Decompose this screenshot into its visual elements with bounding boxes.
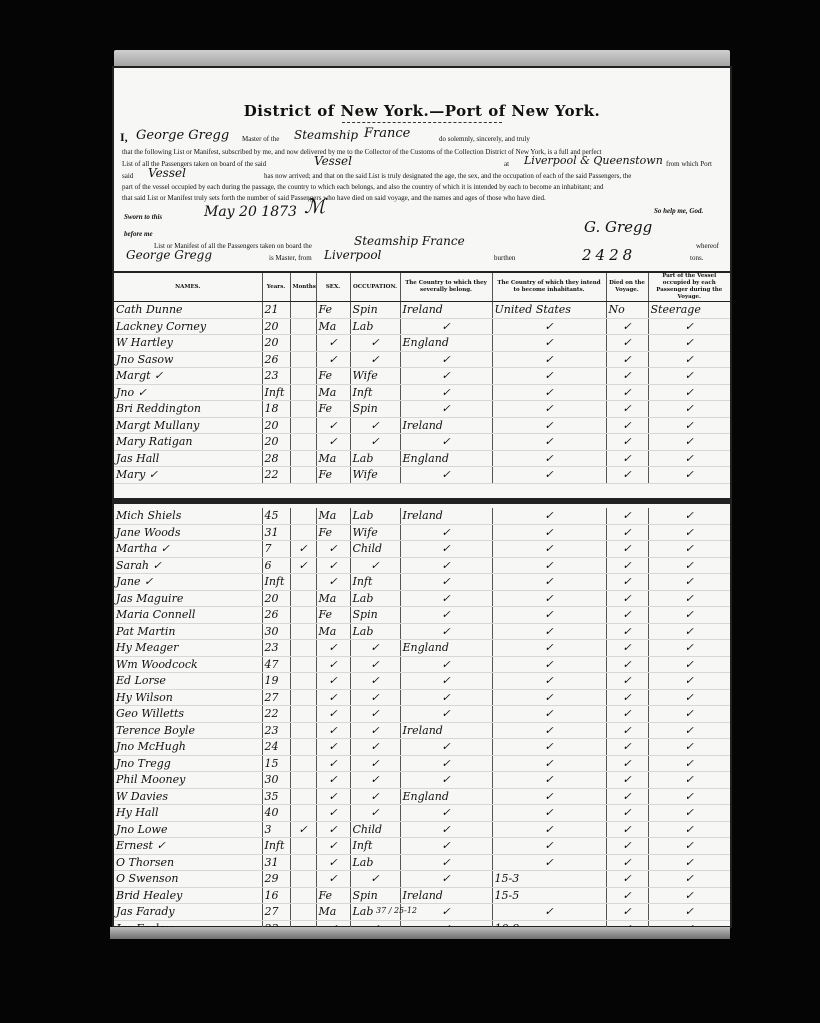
cell-occ: ✓ [350,805,400,822]
cell-belong: ✓ [400,318,492,335]
cell-part: ✓ [648,722,730,739]
cell-sex: ✓ [316,838,350,855]
cell-inhabit: ✓ [492,467,606,484]
cell-died: ✓ [606,755,648,772]
cell-died: ✓ [606,722,648,739]
cell-occ: Lab [350,450,400,467]
cell-occ: Wife [350,467,400,484]
cell-inhabit: ✓ [492,623,606,640]
cell-months [290,854,316,871]
cell-years: 31 [262,854,290,871]
cell-inhabit: ✓ [492,368,606,385]
cell-belong: ✓ [400,434,492,451]
cell-inhabit: ✓ [492,318,606,335]
cell-died: ✓ [606,417,648,434]
cell-name: W Davies [114,788,262,805]
cell-part: ✓ [648,640,730,657]
cell-part: ✓ [648,805,730,822]
cell-belong: England [400,450,492,467]
cell-inhabit: ✓ [492,541,606,558]
cell-name: Geo Willetts [114,706,262,723]
cell-died: ✓ [606,467,648,484]
cell-name: Lackney Corney [114,318,262,335]
cell-months [290,417,316,434]
col-country-inhabit: The Country of which they intend to beco… [492,272,606,302]
cell-belong: ✓ [400,871,492,888]
table-row: Mary Ratigan20✓✓✓✓✓✓ [114,434,730,451]
cell-name: Jno ✓ [114,384,262,401]
cell-died: ✓ [606,401,648,418]
table-row: O Swenson29✓✓✓15-3✓✓ [114,871,730,888]
cell-sex: Fe [316,467,350,484]
cell-part: ✓ [648,417,730,434]
cell-inhabit: ✓ [492,838,606,855]
cell-died: ✓ [606,384,648,401]
cell-years: Inft [262,838,290,855]
cell-belong: ✓ [400,467,492,484]
cell-died: ✓ [606,335,648,352]
cell-name: Jas Maguire [114,590,262,607]
tally-note: 37 / 25-12 [376,906,417,915]
cell-died: ✓ [606,871,648,888]
cell-died: ✓ [606,689,648,706]
cell-part: ✓ [648,351,730,368]
cell-part: ✓ [648,854,730,871]
cell-part: ✓ [648,838,730,855]
cell-died: ✓ [606,838,648,855]
table-row: Margt Mullany20✓✓Ireland✓✓✓ [114,417,730,434]
cell-part: ✓ [648,541,730,558]
cell-belong: Ireland [400,722,492,739]
cell-occ: Lab [350,508,400,524]
cell-years: 27 [262,904,290,921]
cell-years: 31 [262,524,290,541]
cell-part: ✓ [648,706,730,723]
cell-died: ✓ [606,788,648,805]
cell-belong: ✓ [400,854,492,871]
table-row: Sarah ✓6✓✓✓✓✓✓✓ [114,557,730,574]
cell-months [290,434,316,451]
tons-label: tons. [690,254,703,262]
cell-inhabit: 15-3 [492,871,606,888]
cell-name: Hy Meager [114,640,262,657]
cell-months: ✓ [290,541,316,558]
cell-inhabit: ✓ [492,788,606,805]
table-row: Lackney Corney20MaLab✓✓✓✓ [114,318,730,335]
cell-years: 18 [262,401,290,418]
cell-inhabit: ✓ [492,640,606,657]
cell-months [290,351,316,368]
cell-occ: ✓ [350,722,400,739]
cell-months [290,524,316,541]
cell-months [290,706,316,723]
cell-sex: Fe [316,401,350,418]
cell-name: Mary Ratigan [114,434,262,451]
table-row: Hy Wilson27✓✓✓✓✓✓ [114,689,730,706]
cell-occ: ✓ [350,656,400,673]
cell-part: ✓ [648,689,730,706]
cell-died: ✓ [606,368,648,385]
cell-months [290,384,316,401]
cell-sex: Ma [316,590,350,607]
table-row: Cath Dunne21FeSpinIrelandUnited StatesNo… [114,302,730,319]
cell-died: ✓ [606,508,648,524]
cell-died: ✓ [606,590,648,607]
table-row: Jane ✓Inft✓Inft✓✓✓✓ [114,574,730,591]
cell-belong: ✓ [400,755,492,772]
cell-occ: ✓ [350,772,400,789]
cell-name: Bri Reddington [114,401,262,418]
col-died: Died on the Voyage. [606,272,648,302]
cell-months [290,656,316,673]
cell-months [290,574,316,591]
cell-inhabit: ✓ [492,607,606,624]
cell-occ: ✓ [350,755,400,772]
cell-part: ✓ [648,384,730,401]
cell-died: ✓ [606,772,648,789]
cell-belong: England [400,640,492,657]
cell-sex: ✓ [316,788,350,805]
cell-inhabit: ✓ [492,689,606,706]
cell-sex: Fe [316,607,350,624]
cell-name: Jas Hall [114,450,262,467]
oath-text-6: has now arrived; and that on the said Li… [264,172,724,180]
cell-occ: ✓ [350,557,400,574]
cell-belong: ✓ [400,607,492,624]
table-row: Martha ✓7✓✓Child✓✓✓✓ [114,541,730,558]
table-row: Geo Willetts22✓✓✓✓✓✓ [114,706,730,723]
cell-years: 28 [262,450,290,467]
cell-sex: Ma [316,508,350,524]
cell-inhabit: ✓ [492,772,606,789]
cell-occ: ✓ [350,689,400,706]
table-row: Ernest ✓Inft✓Inft✓✓✓✓ [114,838,730,855]
cell-part: ✓ [648,434,730,451]
cell-years: 21 [262,302,290,319]
cell-belong: Ireland [400,302,492,319]
manifest-table-bottom: Mich Shiels45MaLabIreland✓✓✓Jane Woods31… [114,508,730,937]
cell-belong: England [400,788,492,805]
cell-sex: Ma [316,623,350,640]
cell-inhabit: ✓ [492,821,606,838]
table-row: Mary ✓22FeWife✓✓✓✓ [114,467,730,484]
cell-died: ✓ [606,673,648,690]
cell-sex: Ma [316,318,350,335]
cell-died: ✓ [606,351,648,368]
cell-part: ✓ [648,368,730,385]
cell-years: 7 [262,541,290,558]
table-row: Phil Mooney30✓✓✓✓✓✓ [114,772,730,789]
cell-months: ✓ [290,821,316,838]
manifest-table-top: NAMES. Years. Months. SEX. OCCUPATION. T… [114,271,730,484]
table-row: Bri Reddington18FeSpin✓✓✓✓ [114,401,730,418]
cell-name: O Swenson [114,871,262,888]
cell-belong: ✓ [400,524,492,541]
cell-name: Jane ✓ [114,574,262,591]
oath-I: I, [120,130,128,145]
cell-inhabit: ✓ [492,351,606,368]
cell-occ: Wife [350,368,400,385]
cell-inhabit: ✓ [492,673,606,690]
cell-name: Hy Wilson [114,689,262,706]
table-row: Jas Hall28MaLabEngland✓✓✓ [114,450,730,467]
cell-occ: Spin [350,302,400,319]
sworn-label: Sworn to this [124,213,162,221]
cell-belong: ✓ [400,401,492,418]
cell-belong: ✓ [400,706,492,723]
cell-years: 29 [262,871,290,888]
oath-text-1: Master of the [242,135,279,143]
table-row: W Hartley20✓✓England✓✓✓ [114,335,730,352]
cell-belong: ✓ [400,557,492,574]
cell-occ: ✓ [350,335,400,352]
cell-years: 40 [262,805,290,822]
port-from: Liverpool & Queenstown [524,154,663,167]
cell-inhabit: ✓ [492,450,606,467]
cell-sex: ✓ [316,689,350,706]
col-months: Months. [290,272,316,302]
list-text-3: is Master, from [269,254,312,262]
cell-name: Maria Connell [114,607,262,624]
burthen-label: burthen [494,254,515,262]
cell-name: Ernest ✓ [114,838,262,855]
cell-name: Jno Sasow [114,351,262,368]
cell-months: ✓ [290,557,316,574]
cell-name: Hy Hall [114,805,262,822]
cell-belong: ✓ [400,368,492,385]
cell-part: ✓ [648,335,730,352]
cell-inhabit: ✓ [492,739,606,756]
cell-part: ✓ [648,739,730,756]
cell-inhabit: United States [492,302,606,319]
table-row: Jno Sasow26✓✓✓✓✓✓ [114,351,730,368]
cell-occ: Spin [350,607,400,624]
cell-inhabit: ✓ [492,706,606,723]
cell-name: Pat Martin [114,623,262,640]
page-title: District of New York.—Port of New York. [114,102,730,120]
cell-months [290,673,316,690]
cell-occ: Child [350,821,400,838]
cell-died: ✓ [606,904,648,921]
cell-occ: ✓ [350,673,400,690]
cell-months [290,302,316,319]
cell-inhabit: ✓ [492,384,606,401]
table-row: Maria Connell26FeSpin✓✓✓✓ [114,607,730,624]
cell-died: ✓ [606,656,648,673]
vessel-name: France [364,126,410,141]
cell-months [290,805,316,822]
cell-died: ✓ [606,574,648,591]
oath-text-5: from which Port [666,160,712,168]
cell-sex: ✓ [316,541,350,558]
oath-header: District of New York.—Port of New York. … [114,68,730,271]
col-years: Years. [262,272,290,302]
cell-occ: Lab [350,318,400,335]
list-vessel: Steamship France [354,234,465,248]
cell-part: ✓ [648,656,730,673]
cell-months [290,590,316,607]
cell-inhabit: ✓ [492,401,606,418]
cell-sex: Ma [316,450,350,467]
cell-died: ✓ [606,541,648,558]
cell-name: Ed Lorse [114,673,262,690]
cell-years: 20 [262,590,290,607]
cell-years: 23 [262,722,290,739]
scan-bottom-edge [110,927,730,939]
cell-occ: Lab [350,854,400,871]
cell-sex: ✓ [316,574,350,591]
cell-years: 24 [262,739,290,756]
cell-belong: ✓ [400,574,492,591]
cell-name: Margt Mullany [114,417,262,434]
table-row: Jas Farady27MaLab✓✓✓✓ [114,904,730,921]
cell-belong: ✓ [400,772,492,789]
cell-name: Phil Mooney [114,772,262,789]
cell-name: Sarah ✓ [114,557,262,574]
table-row: Mich Shiels45MaLabIreland✓✓✓ [114,508,730,524]
cell-part: ✓ [648,524,730,541]
cell-years: 27 [262,689,290,706]
cell-part: ✓ [648,557,730,574]
cell-inhabit: ✓ [492,722,606,739]
cell-years: 19 [262,673,290,690]
cell-part: ✓ [648,467,730,484]
cell-occ: ✓ [350,640,400,657]
cell-sex: ✓ [316,673,350,690]
cell-part: ✓ [648,772,730,789]
cell-sex: Ma [316,384,350,401]
cell-occ: ✓ [350,417,400,434]
cell-died: ✓ [606,318,648,335]
cell-sex: Ma [316,904,350,921]
so-help-me-god: So help me, God. [654,207,703,215]
cell-belong: ✓ [400,623,492,640]
cell-months [290,838,316,855]
cell-years: 3 [262,821,290,838]
officer-signature: ℳ [304,194,325,218]
cell-belong: England [400,335,492,352]
cell-part: ✓ [648,887,730,904]
cell-sex: ✓ [316,805,350,822]
cell-died: ✓ [606,607,648,624]
cell-belong: Ireland [400,508,492,524]
cell-belong: ✓ [400,838,492,855]
sworn-date: May 20 1873 [204,204,297,220]
cell-name: Jno Tregg [114,755,262,772]
manifest-page: District of New York.—Port of New York. … [112,66,732,928]
col-country-belong: The Country to which they severally belo… [400,272,492,302]
master-name: George Gregg [136,128,229,143]
cell-sex: Fe [316,887,350,904]
cell-died: ✓ [606,640,648,657]
vessel-type: Steamship [294,128,358,142]
cell-months [290,722,316,739]
cell-part: ✓ [648,821,730,838]
burthen-value: 2428 [582,246,636,264]
cell-sex: ✓ [316,335,350,352]
col-names: NAMES. [114,272,262,302]
oath-said: said [122,172,133,180]
col-occupation: OCCUPATION. [350,272,400,302]
cell-inhabit: ✓ [492,574,606,591]
table-row: Hy Hall40✓✓✓✓✓✓ [114,805,730,822]
cell-years: 23 [262,368,290,385]
cell-sex: Fe [316,524,350,541]
cell-months [290,607,316,624]
cell-sex: ✓ [316,722,350,739]
cell-years: 30 [262,623,290,640]
cell-name: Brid Healey [114,887,262,904]
cell-died: ✓ [606,821,648,838]
cell-years: Inft [262,384,290,401]
cell-part: ✓ [648,904,730,921]
page-fold-divider [114,498,730,504]
cell-months [290,640,316,657]
cell-months [290,368,316,385]
cell-died: ✓ [606,805,648,822]
table-row: Margt ✓23FeWife✓✓✓✓ [114,368,730,385]
cell-belong: ✓ [400,351,492,368]
cell-years: 35 [262,788,290,805]
cell-months [290,401,316,418]
table-header-row: NAMES. Years. Months. SEX. OCCUPATION. T… [114,272,730,302]
cell-inhabit: ✓ [492,508,606,524]
cell-inhabit: ✓ [492,590,606,607]
cell-sex: ✓ [316,739,350,756]
cell-part: ✓ [648,788,730,805]
cell-sex: Fe [316,302,350,319]
oath-at: at [504,160,509,168]
cell-occ: Spin [350,887,400,904]
cell-occ: ✓ [350,434,400,451]
cell-months [290,318,316,335]
cell-died: ✓ [606,434,648,451]
title-underline [342,122,502,123]
cell-sex: ✓ [316,871,350,888]
cell-years: 20 [262,318,290,335]
cell-part: ✓ [648,508,730,524]
cell-occ: ✓ [350,739,400,756]
cell-died: ✓ [606,623,648,640]
cell-part: ✓ [648,450,730,467]
cell-years: 20 [262,434,290,451]
cell-years: 20 [262,417,290,434]
cell-part: ✓ [648,673,730,690]
cell-name: Terence Boyle [114,722,262,739]
table-row: Wm Woodcock47✓✓✓✓✓✓ [114,656,730,673]
cell-belong: ✓ [400,689,492,706]
col-sex: SEX. [316,272,350,302]
table-row: Hy Meager23✓✓England✓✓✓ [114,640,730,657]
vessel-word-2: Vessel [148,166,186,180]
cell-months [290,904,316,921]
cell-sex: ✓ [316,706,350,723]
cell-inhabit: ✓ [492,755,606,772]
cell-part: ✓ [648,318,730,335]
cell-months [290,772,316,789]
cell-occ: Spin [350,401,400,418]
cell-part: ✓ [648,607,730,624]
cell-years: 47 [262,656,290,673]
cell-occ: Inft [350,838,400,855]
cell-inhabit: ✓ [492,805,606,822]
cell-inhabit: ✓ [492,656,606,673]
cell-sex: ✓ [316,351,350,368]
cell-months [290,450,316,467]
col-part-vessel: Part of the Vessel occupied by each Pass… [648,272,730,302]
cell-sex: ✓ [316,772,350,789]
cell-name: W Hartley [114,335,262,352]
